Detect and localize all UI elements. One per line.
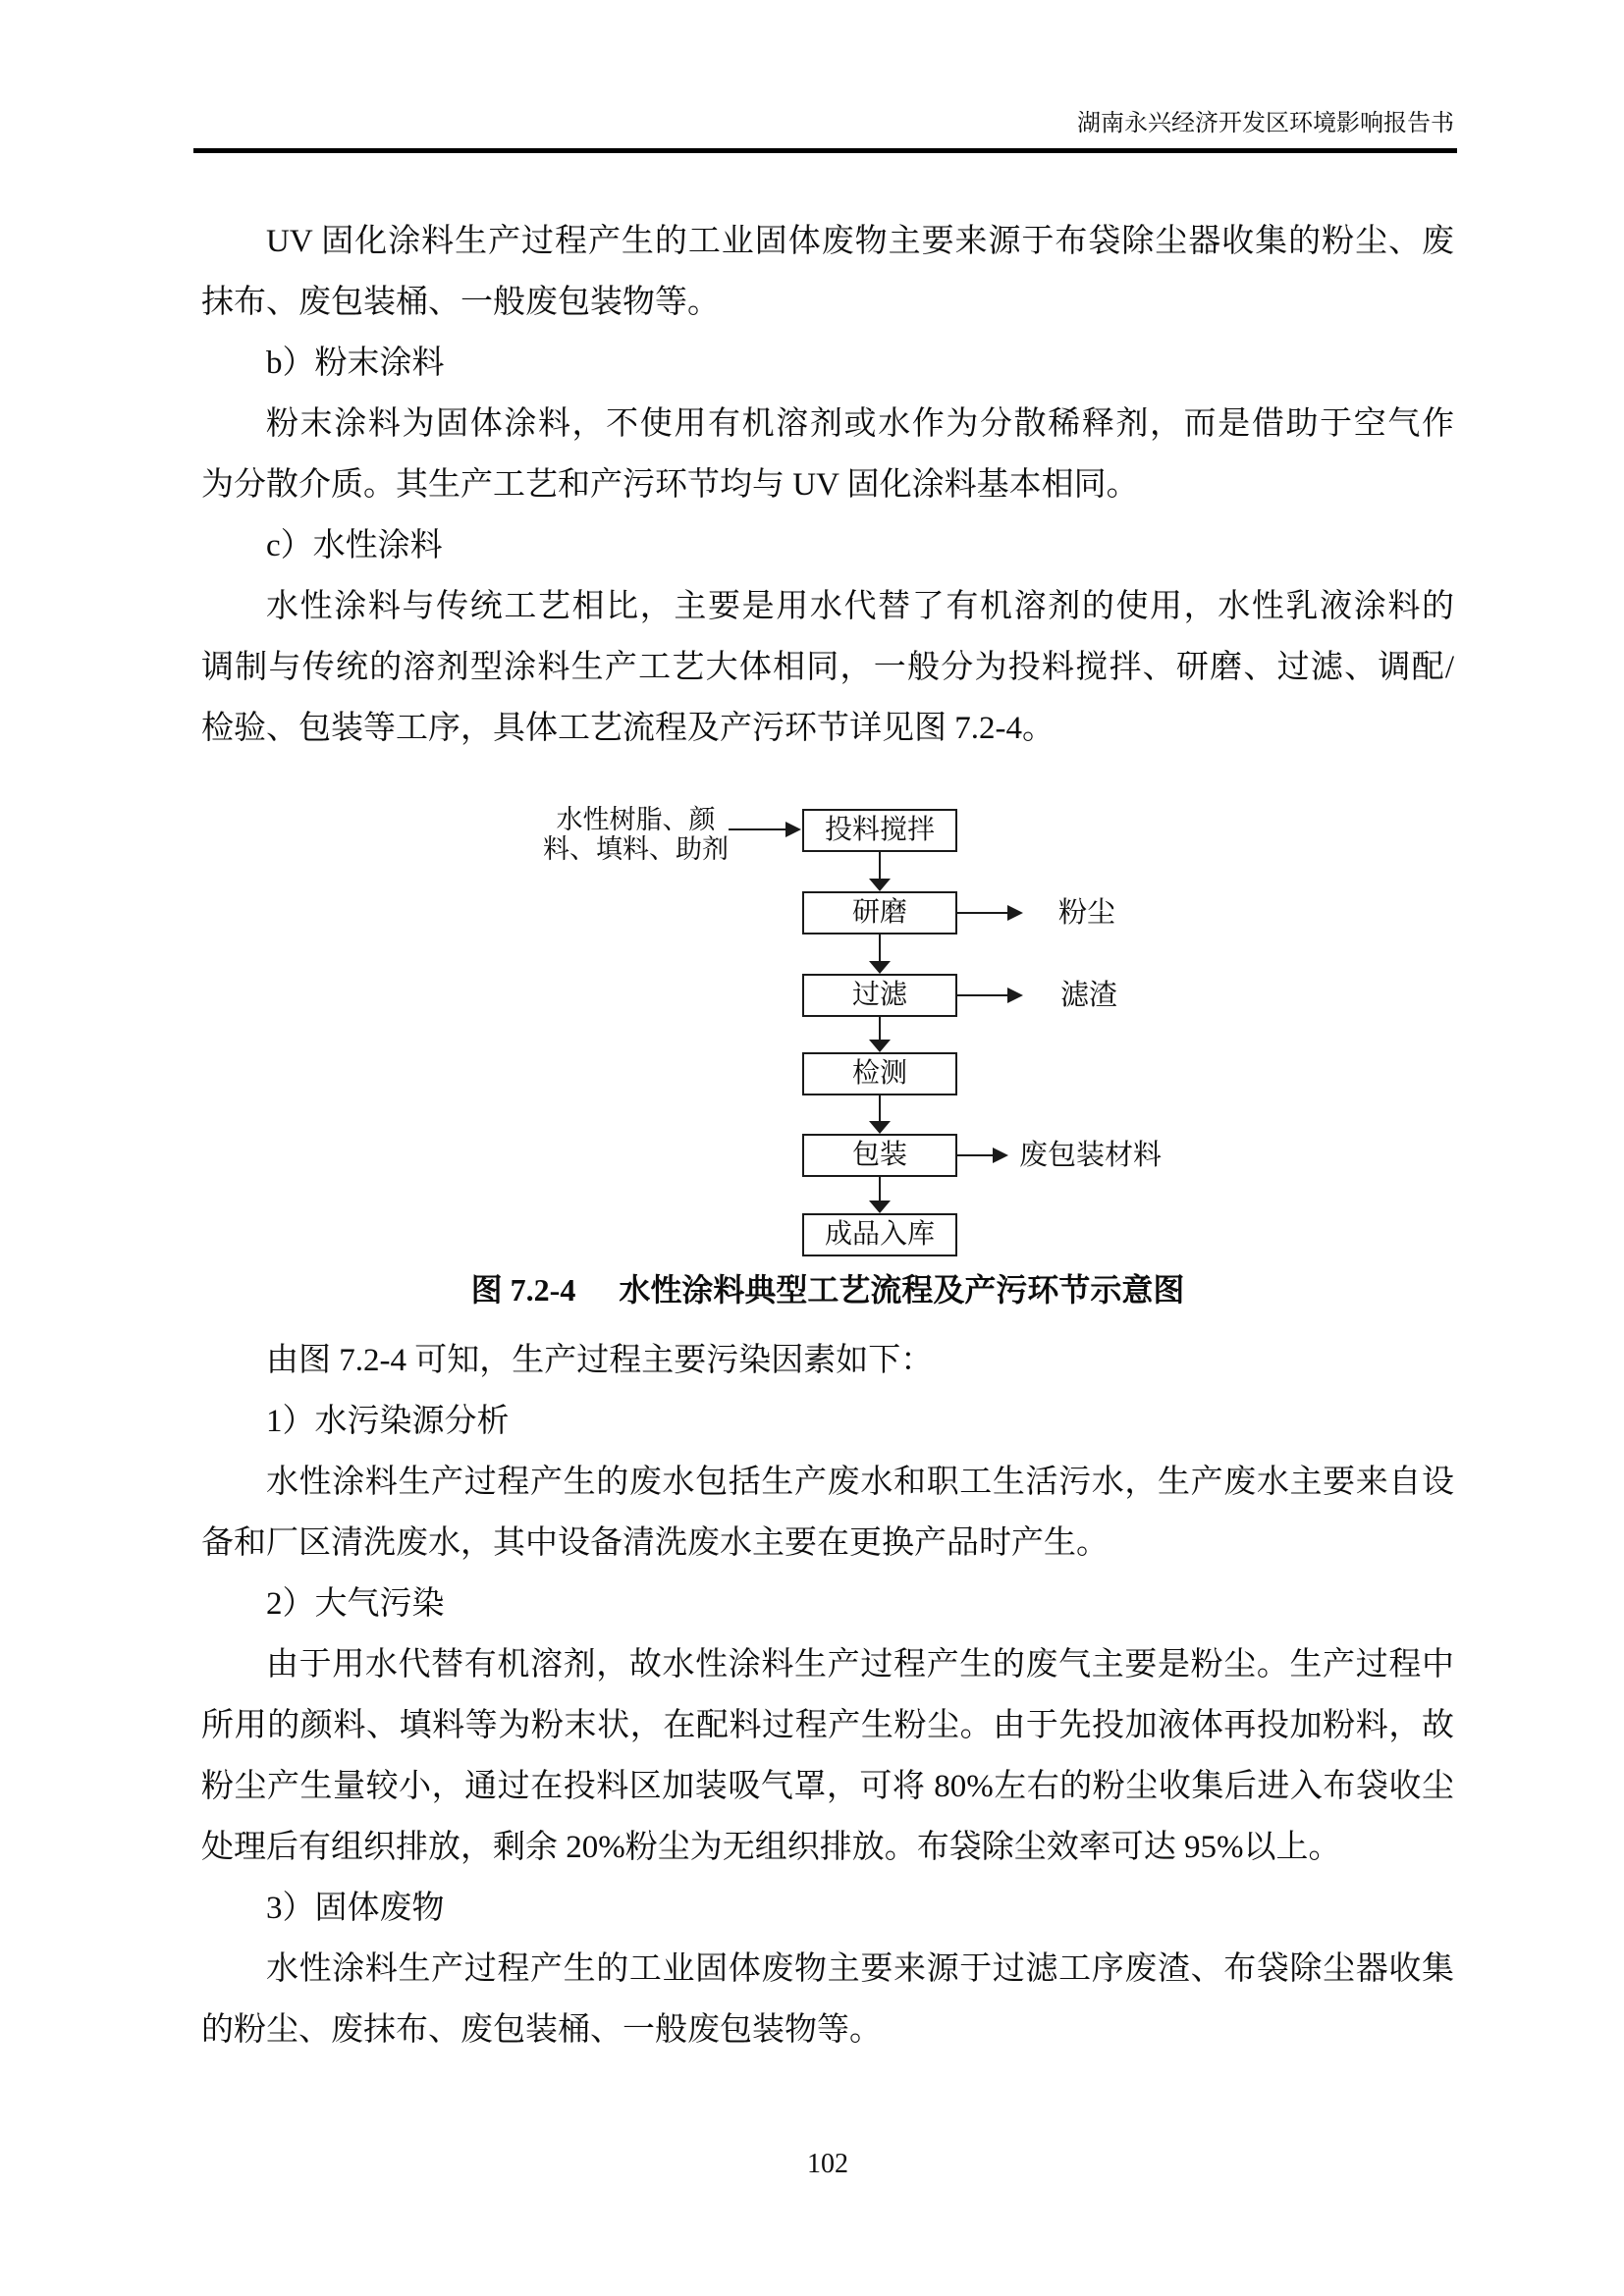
flow-arrow-right-icon	[1007, 905, 1023, 921]
flow-arrow-right-line	[957, 994, 1007, 996]
paragraph-line: 处理后有组织排放，剩余 20%粉尘为无组织排放。布袋除尘效率可达 95%以上。	[201, 1817, 1454, 1878]
list-item-heading: 2）大气污染	[201, 1574, 1454, 1634]
flow-arrow-down-line	[879, 1095, 881, 1121]
emission-label-waste-packaging: 废包装材料	[1019, 1139, 1162, 1172]
flow-arrow-down-line	[879, 852, 881, 879]
paragraph-line: 水性涂料生产过程产生的工业固体废物主要来源于过滤工序废渣、布袋除尘器收集	[201, 1939, 1454, 2000]
flowchart-input-label-line2: 料、填料、助剂	[525, 834, 746, 864]
list-item-heading: c）水性涂料	[201, 515, 1454, 576]
paragraph-line: 调制与传统的溶剂型涂料生产工艺大体相同，一般分为投料搅拌、研磨、过滤、调配/	[201, 637, 1454, 698]
header-divider	[193, 148, 1457, 153]
body-text-block-top: UV 固化涂料生产过程产生的工业固体废物主要来源于布袋除尘器收集的粉尘、废 抹布…	[201, 211, 1454, 759]
figure-caption-number: 图 7.2-4	[471, 1272, 576, 1308]
flow-arrow-right-line	[729, 828, 785, 830]
flow-arrow-right-line	[957, 912, 1007, 914]
paragraph-line: 的粉尘、废抹布、废包装桶、一般废包装物等。	[201, 2000, 1454, 2060]
body-text-block-bottom: 由图 7.2-4 可知，生产过程主要污染因素如下： 1）水污染源分析 水性涂料生…	[201, 1330, 1454, 2060]
paragraph-line: 备和厂区清洗废水，其中设备清洗废水主要在更换产品时产生。	[201, 1513, 1454, 1574]
process-step-testing: 检测	[802, 1052, 957, 1095]
paragraph-line: 由图 7.2-4 可知，生产过程主要污染因素如下：	[201, 1330, 1454, 1391]
paragraph-line: 抹布、废包装桶、一般废包装物等。	[201, 272, 1454, 333]
process-step-packaging: 包装	[802, 1134, 957, 1177]
paragraph-line: 为分散介质。其生产工艺和产污环节均与 UV 固化涂料基本相同。	[201, 454, 1454, 515]
paragraph-line: 由于用水代替有机溶剂，故水性涂料生产过程产生的废气主要是粉尘。生产过程中	[201, 1634, 1454, 1695]
process-step-grinding: 研磨	[802, 891, 957, 934]
flow-arrow-down-line	[879, 1017, 881, 1040]
flow-arrow-down-icon	[869, 879, 891, 891]
flow-arrow-down-icon	[869, 1121, 891, 1134]
list-item-heading: 1）水污染源分析	[201, 1391, 1454, 1452]
figure-caption-title: 水性涂料典型工艺流程及产污环节示意图	[619, 1272, 1184, 1308]
emission-label-dust: 粉尘	[1058, 896, 1115, 930]
flowchart-input-label-line1: 水性树脂、颜	[525, 805, 746, 834]
paragraph-line: UV 固化涂料生产过程产生的工业固体废物主要来源于布袋除尘器收集的粉尘、废	[201, 211, 1454, 272]
process-step-feeding-mixing: 投料搅拌	[802, 809, 957, 852]
page-number: 102	[201, 2148, 1454, 2181]
paragraph-line: 粉末涂料为固体涂料，不使用有机溶剂或水作为分散稀释剂，而是借助于空气作	[201, 394, 1454, 454]
flow-arrow-right-line	[957, 1154, 993, 1156]
flow-arrow-right-icon	[1007, 988, 1023, 1003]
figure-caption: 图 7.2-4水性涂料典型工艺流程及产污环节示意图	[201, 1268, 1454, 1311]
document-page: 湖南永兴经济开发区环境影响报告书 UV 固化涂料生产过程产生的工业固体废物主要来…	[0, 0, 1624, 2296]
list-item-heading: 3）固体废物	[201, 1878, 1454, 1939]
flow-arrow-down-line	[879, 1177, 881, 1201]
flowchart-input-label: 水性树脂、颜 料、填料、助剂	[525, 805, 746, 864]
flow-arrow-down-line	[879, 934, 881, 961]
flow-arrow-right-icon	[785, 822, 801, 837]
process-step-warehousing: 成品入库	[802, 1213, 957, 1256]
paragraph-line: 粉尘产生量较小，通过在投料区加装吸气罩，可将 80%左右的粉尘收集后进入布袋收尘	[201, 1756, 1454, 1817]
flow-arrow-right-icon	[993, 1148, 1008, 1163]
paragraph-line: 水性涂料与传统工艺相比，主要是用水代替了有机溶剂的使用，水性乳液涂料的	[201, 576, 1454, 637]
flow-arrow-down-icon	[869, 1201, 891, 1213]
flow-arrow-down-icon	[869, 961, 891, 974]
paragraph-line: 所用的颜料、填料等为粉末状，在配料过程产生粉尘。由于先投加液体再投加粉料，故	[201, 1695, 1454, 1756]
paragraph-line: 水性涂料生产过程产生的废水包括生产废水和职工生活污水，生产废水主要来自设	[201, 1452, 1454, 1513]
process-flowchart: 水性树脂、颜 料、填料、助剂 投料搅拌 研磨 过滤 检测 包装 成品入库 粉尘 …	[0, 766, 1624, 1272]
process-step-filtering: 过滤	[802, 974, 957, 1017]
list-item-heading: b）粉末涂料	[201, 333, 1454, 394]
paragraph-line: 检验、包装等工序，具体工艺流程及产污环节详见图 7.2-4。	[201, 698, 1454, 759]
flow-arrow-down-icon	[869, 1040, 891, 1052]
emission-label-filter-residue: 滤渣	[1060, 979, 1117, 1012]
page-header-title: 湖南永兴经济开发区环境影响报告书	[1077, 108, 1454, 139]
